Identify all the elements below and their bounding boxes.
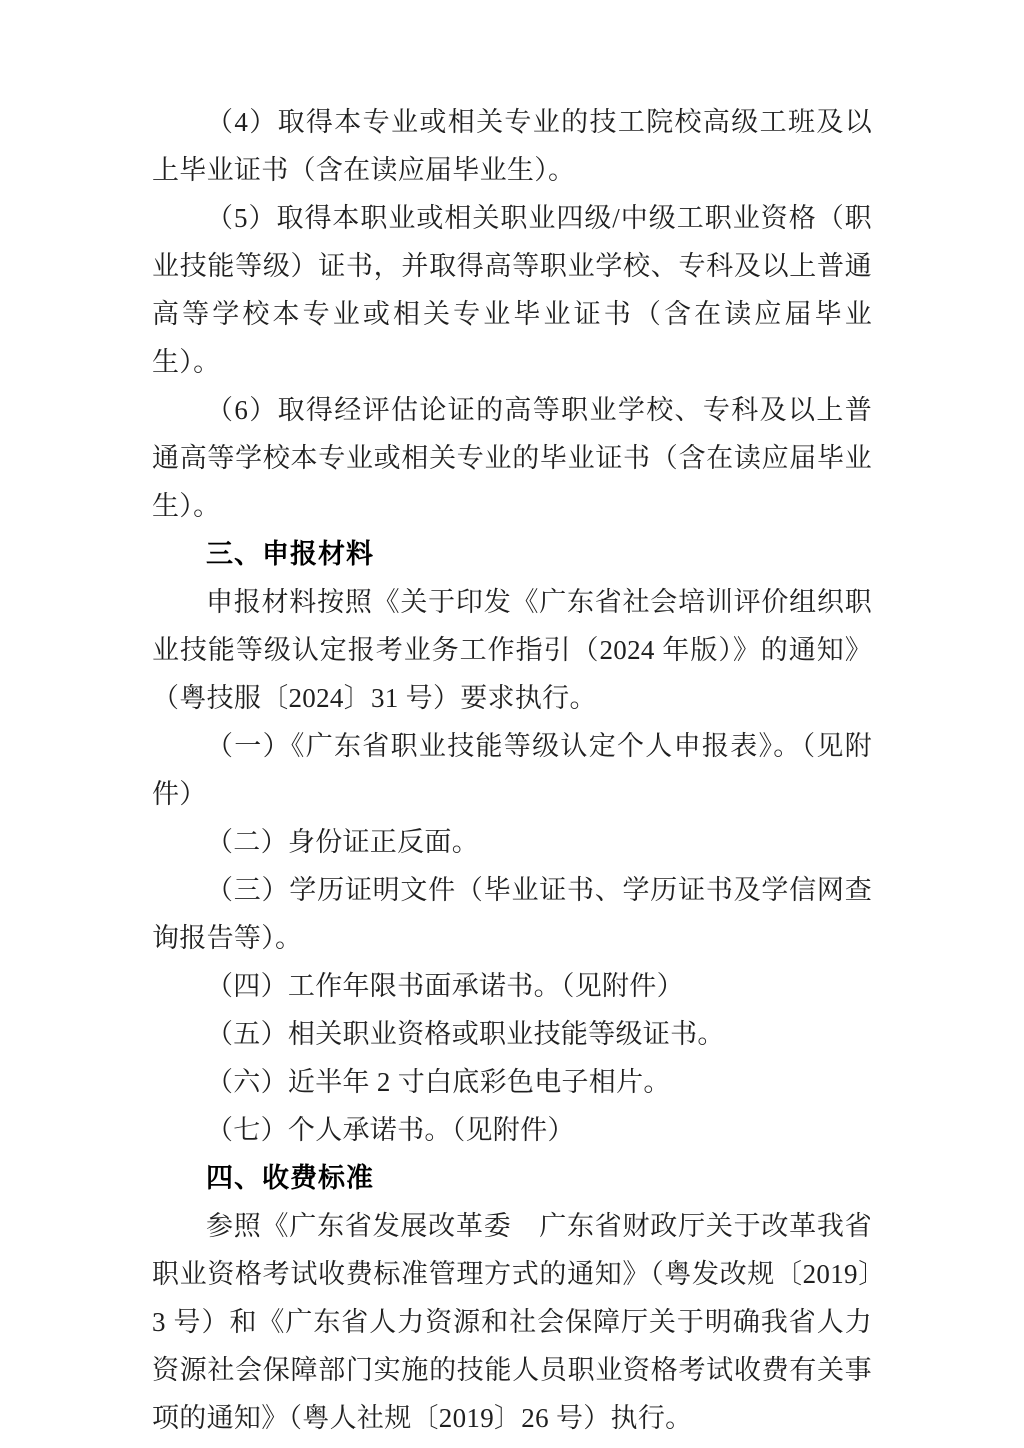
paragraph-material-5: （五）相关职业资格或职业技能等级证书。 (152, 1010, 872, 1058)
paragraph-item-6: （6）取得经评估论证的高等职业学校、专科及以上普通高等学校本专业或相关专业的毕业… (152, 386, 872, 530)
paragraph-material-2: （二）身份证正反面。 (152, 818, 872, 866)
paragraph-material-3: （三）学历证明文件（毕业证书、学历证书及学信网查询报告等）。 (152, 866, 872, 962)
paragraph-materials-intro: 申报材料按照《关于印发《广东省社会培训评价组织职业技能等级认定报考业务工作指引（… (152, 578, 872, 722)
paragraph-material-7: （七）个人承诺书。（见附件） (152, 1106, 872, 1154)
paragraph-material-6: （六）近半年 2 寸白底彩色电子相片。 (152, 1058, 872, 1106)
paragraph-material-1: （一）《广东省职业技能等级认定个人申报表》。（见附件） (152, 722, 872, 818)
paragraph-fee-standard: 参照《广东省发展改革委 广东省财政厅关于改革我省职业资格考试收费标准管理方式的通… (152, 1202, 872, 1442)
document-page: （4）取得本专业或相关专业的技工院校高级工班及以上毕业证书（含在读应届毕业生）。… (0, 0, 1024, 1448)
document-body: （4）取得本专业或相关专业的技工院校高级工班及以上毕业证书（含在读应届毕业生）。… (152, 98, 872, 1442)
paragraph-item-4: （4）取得本专业或相关专业的技工院校高级工班及以上毕业证书（含在读应届毕业生）。 (152, 98, 872, 194)
paragraph-material-4: （四）工作年限书面承诺书。（见附件） (152, 962, 872, 1010)
section-heading-application-materials: 三、申报材料 (152, 530, 872, 578)
paragraph-item-5: （5）取得本职业或相关职业四级/中级工职业资格（职业技能等级）证书，并取得高等职… (152, 194, 872, 386)
section-heading-fee-standard: 四、收费标准 (152, 1154, 872, 1202)
